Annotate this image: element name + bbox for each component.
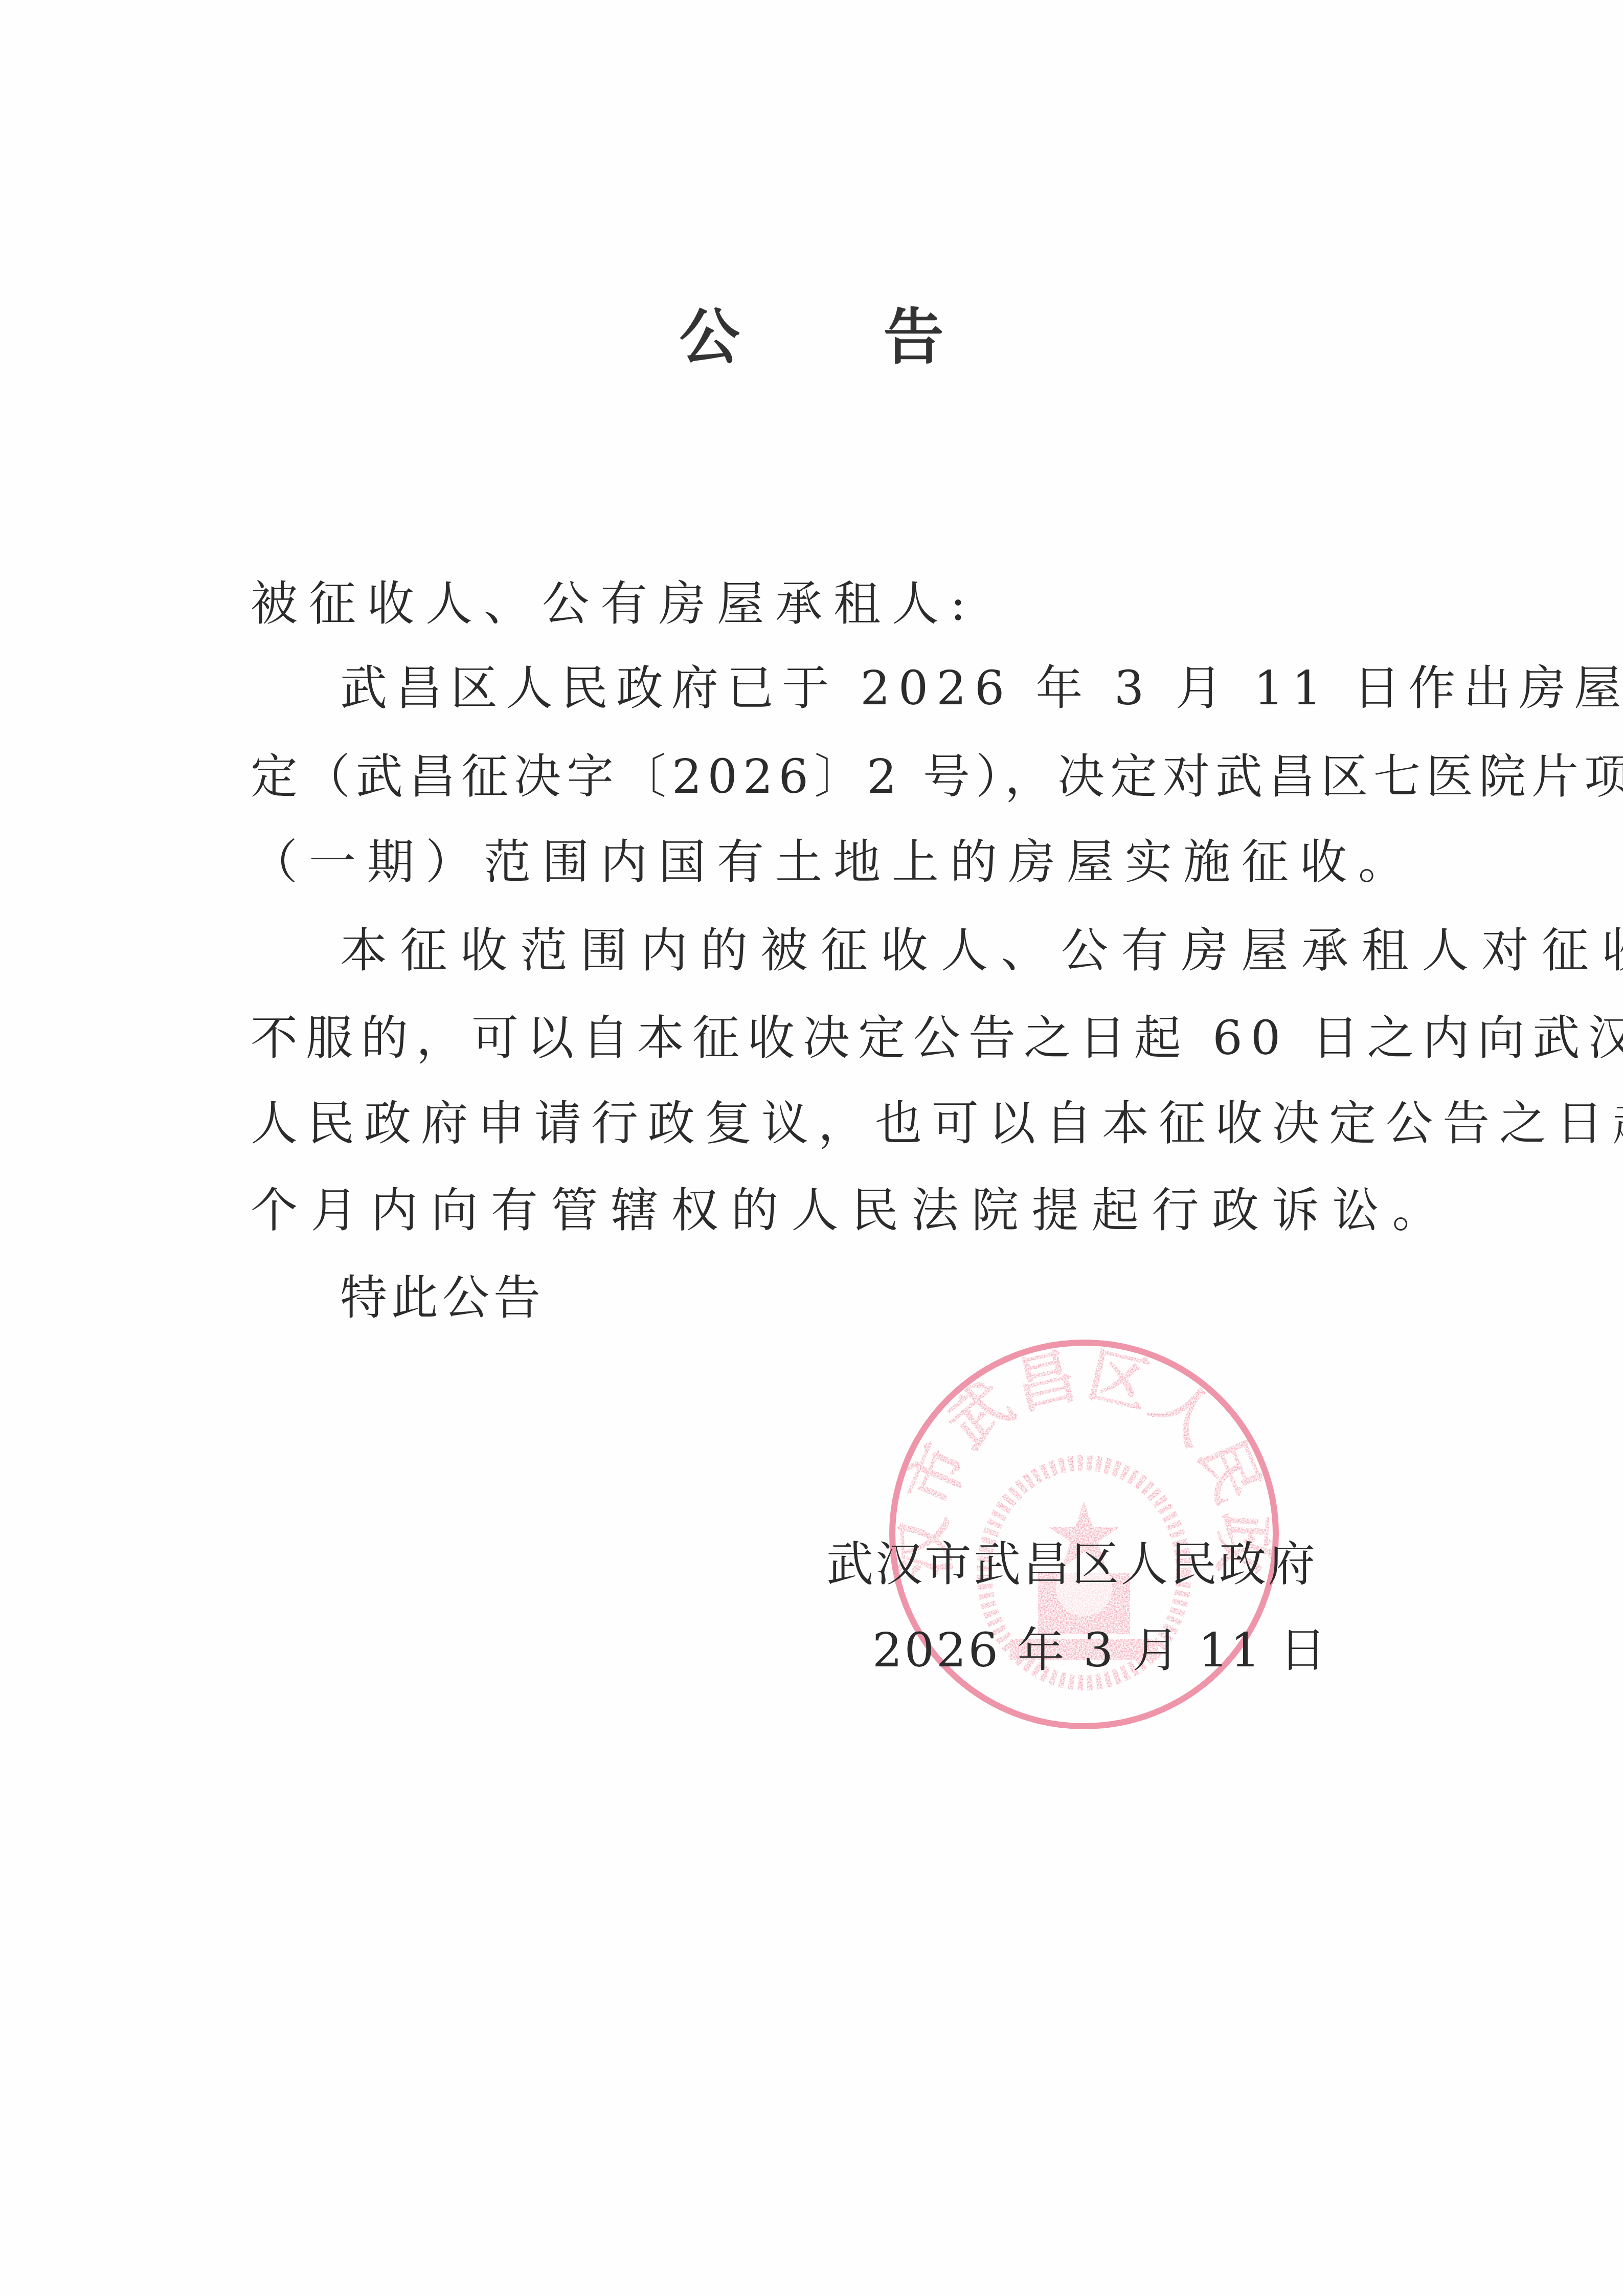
paragraph-line: 个月内向有管辖权的人民法院提起行政诉讼。 [251, 1187, 1452, 1234]
paragraph-line: 武昌区人民政府已于 2026 年 3 月 11 日作出房屋征收决 [340, 665, 1623, 712]
document-title: 公 告 [0, 307, 1623, 367]
paragraph-line: 定（武昌征决字〔2026〕2 号），决定对武昌区七医院片项目 [251, 753, 1623, 800]
document-page: 公 告 被征收人、公有房屋承租人: 武昌区人民政府已于 2026 年 3 月 1… [0, 0, 1623, 2296]
closing-remark: 特此公告 [340, 1275, 545, 1322]
issuer-signature: 武汉市武昌区人民政府 [826, 1541, 1317, 1588]
paragraph-line: 不服的，可以自本征收决定公告之日起 60 日之内向武汉市 [251, 1015, 1623, 1062]
paragraph-line: （一期）范围内国有土地上的房屋实施征收。 [251, 839, 1416, 886]
paragraph-line: 本征收范围内的被征收人、公有房屋承租人对征收决定 [340, 927, 1623, 974]
salutation: 被征收人、公有房屋承租人: [251, 581, 977, 628]
paragraph-line: 人民政府申请行政复议，也可以自本征收决定公告之日起 6 [251, 1100, 1623, 1147]
issue-date: 2026 年 3 月 11 日 [872, 1627, 1328, 1674]
